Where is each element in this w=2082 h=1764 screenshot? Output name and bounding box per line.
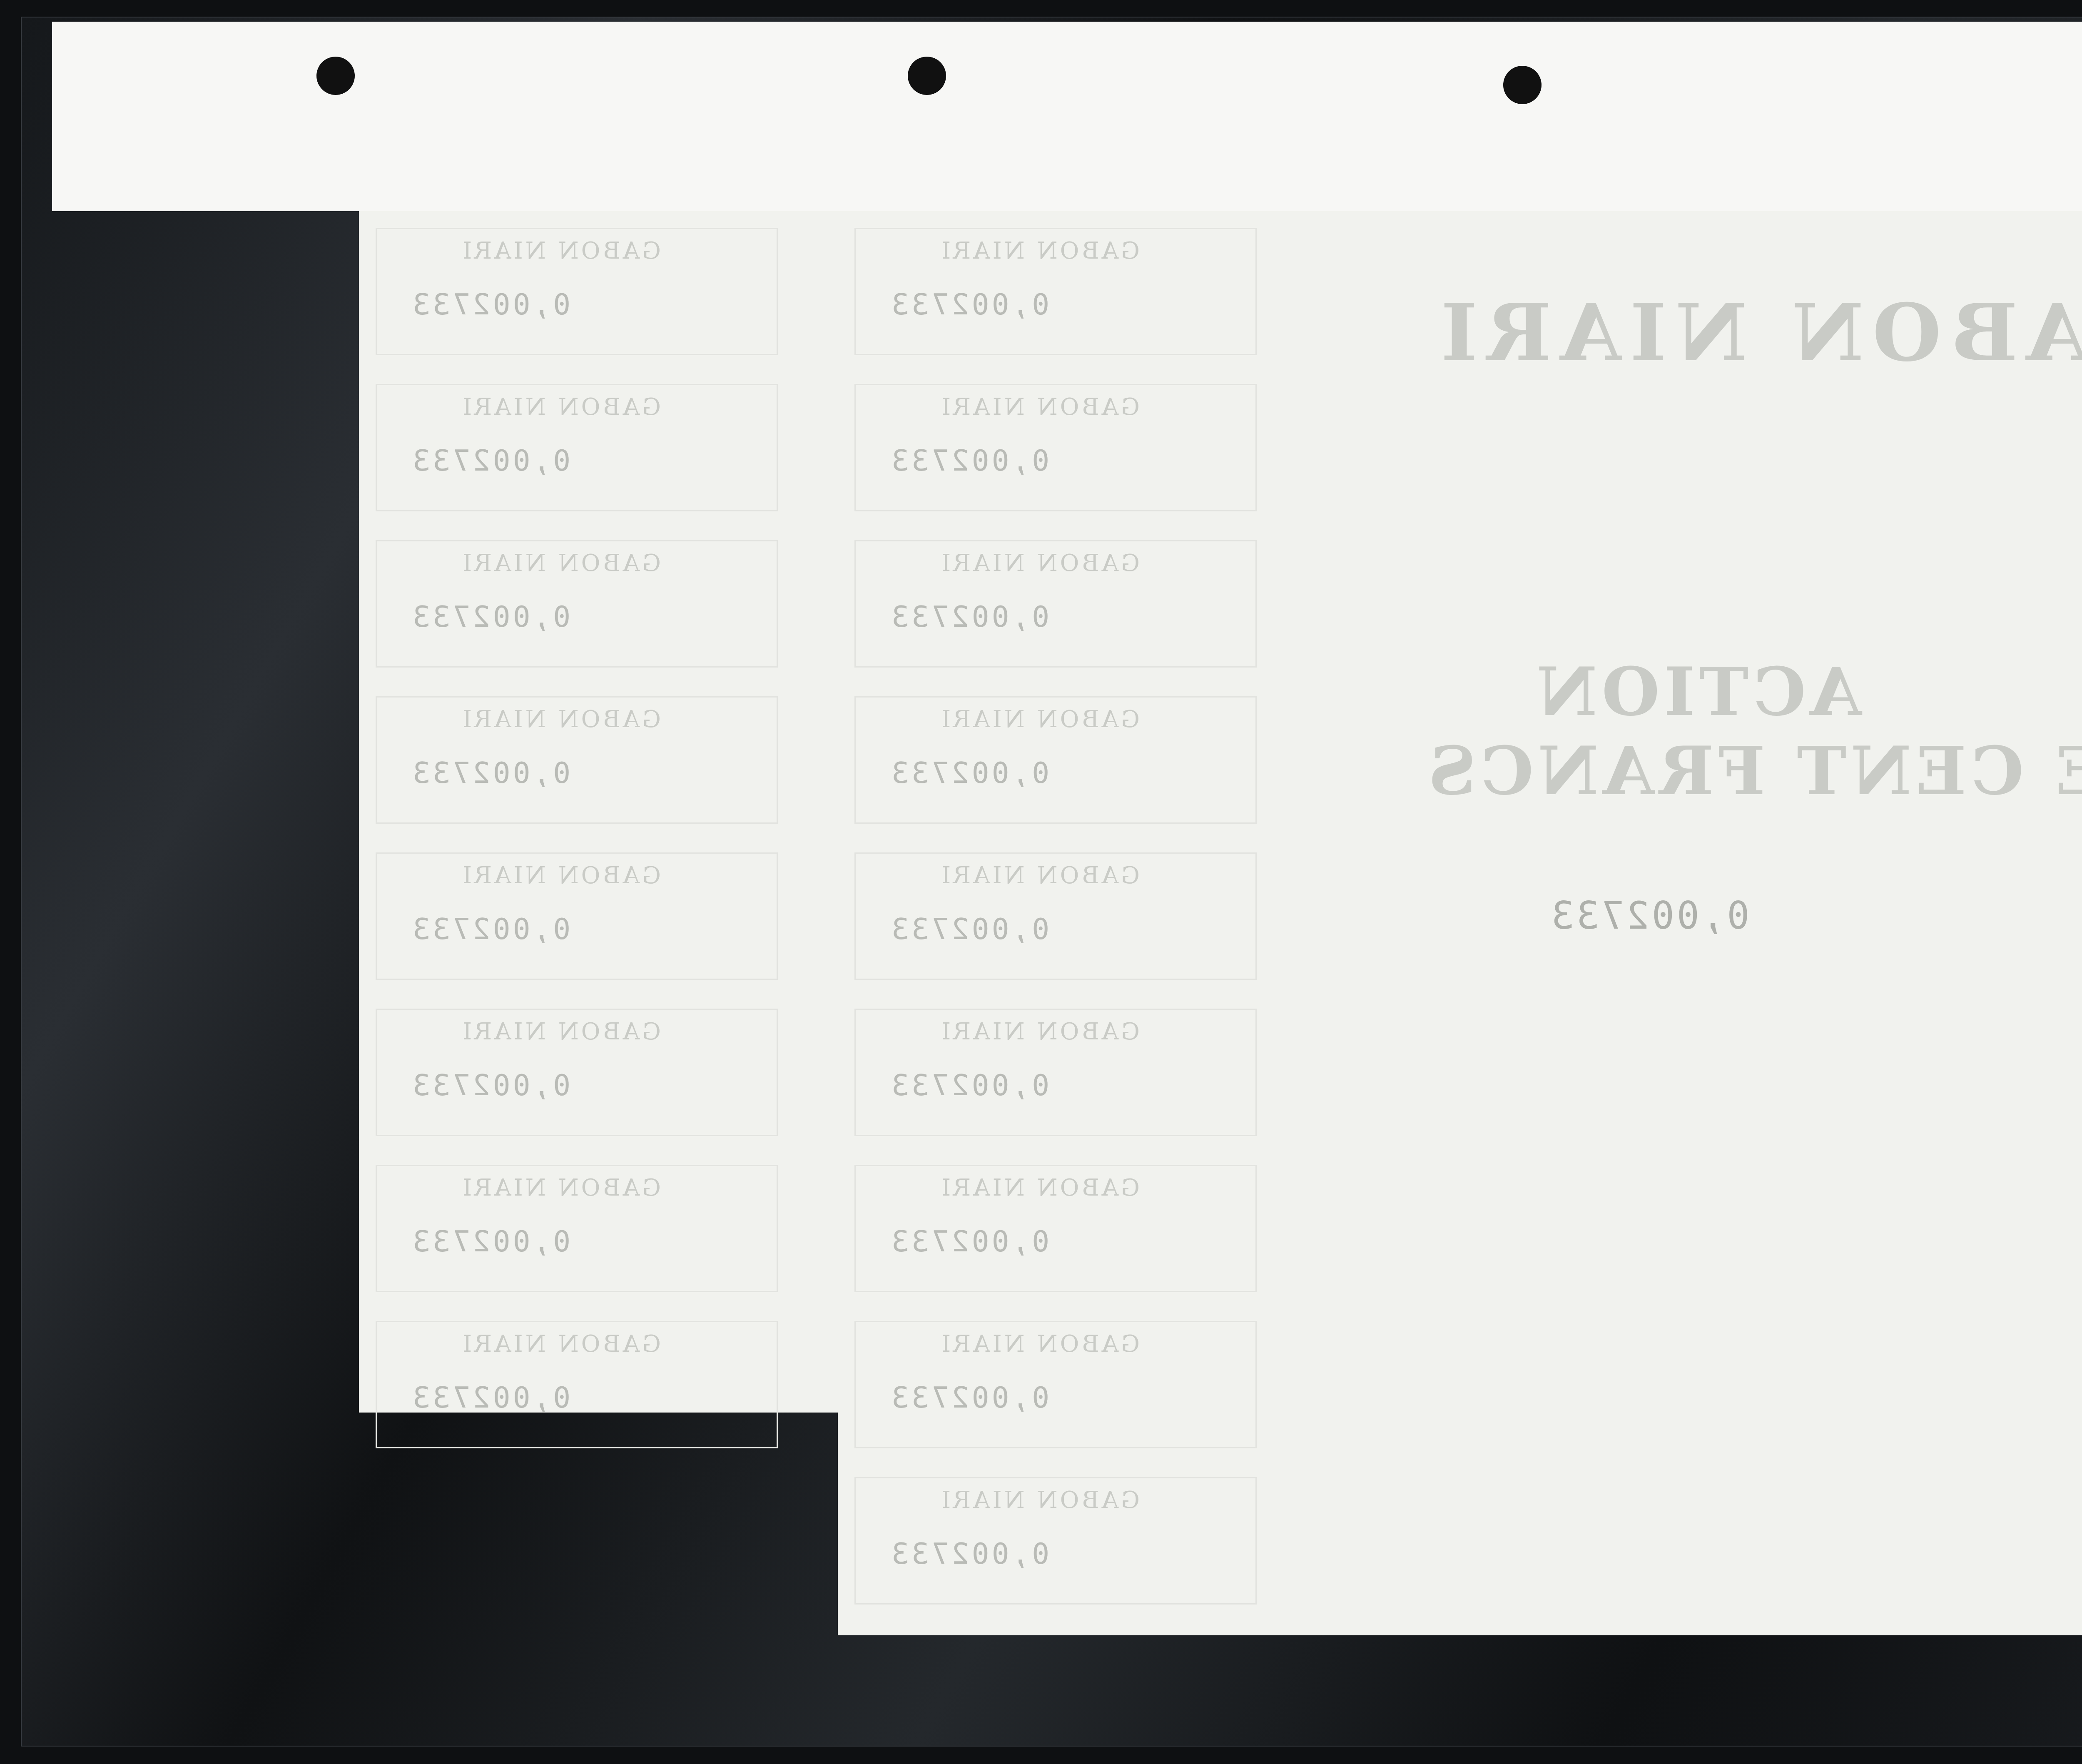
coupon-label: GABON NIARI [460, 394, 661, 421]
coupon-label: GABON NIARI [460, 1330, 661, 1358]
share-subtitle: DE CENT FRANCS [1424, 732, 2082, 810]
coupon-number: 0,002733 [889, 287, 1049, 321]
coupon-label: GABON NIARI [939, 1487, 1140, 1514]
coupon-number: 0,002733 [410, 1224, 570, 1258]
coupon: GABON NIARI0,002733 [376, 228, 778, 355]
coupon-number: 0,002733 [889, 600, 1049, 634]
coupon-number: 0,002733 [889, 1068, 1049, 1102]
coupon-label: GABON NIARI [939, 237, 1140, 264]
coupon: GABON NIARI0,002733 [854, 1009, 1257, 1136]
coupon-sheet-right: GABON NIARI0,002733GABON NIARI0,002733GA… [838, 211, 1267, 1635]
binder-hole [908, 57, 946, 95]
coupon: GABON NIARI0,002733 [854, 1165, 1257, 1292]
coupon-label: GABON NIARI [460, 550, 661, 577]
coupon: GABON NIARI0,002733 [376, 1321, 778, 1448]
coupon: GABON NIARI0,002733 [376, 1165, 778, 1292]
coupon-number: 0,002733 [889, 443, 1049, 478]
coupon: GABON NIARI0,002733 [854, 1321, 1257, 1448]
coupon-label: GABON NIARI [939, 394, 1140, 421]
coupon-number: 0,002733 [889, 1537, 1049, 1571]
coupon-number: 0,002733 [410, 443, 570, 478]
coupon: GABON NIARI0,002733 [854, 228, 1257, 355]
binder-hole [316, 57, 355, 95]
coupon-label: GABON NIARI [939, 706, 1140, 733]
coupon-number: 0,002733 [410, 600, 570, 634]
coupon: GABON NIARI0,002733 [376, 540, 778, 668]
coupon-number: 0,002733 [410, 912, 570, 946]
coupon-number: 0,002733 [889, 1224, 1049, 1258]
coupon-label: GABON NIARI [939, 1018, 1140, 1045]
coupon-label: GABON NIARI [460, 237, 661, 264]
certificate-number: 0,002733 [1549, 894, 1749, 938]
coupon: GABON NIARI0,002733 [376, 696, 778, 824]
coupon-sheet-left: GABON NIARI0,002733GABON NIARI0,002733GA… [359, 211, 838, 1413]
coupon: GABON NIARI0,002733 [376, 1009, 778, 1136]
coupon-number: 0,002733 [410, 1068, 570, 1102]
coupon-number: 0,002733 [889, 1380, 1049, 1415]
coupon-number: 0,002733 [410, 287, 570, 321]
coupon: GABON NIARI0,002733 [376, 384, 778, 511]
binder-hole [1503, 66, 1542, 104]
coupon-number: 0,002733 [889, 756, 1049, 790]
coupon-label: GABON NIARI [460, 706, 661, 733]
coupon-number: 0,002733 [410, 1380, 570, 1415]
coupon: GABON NIARI0,002733 [854, 384, 1257, 511]
coupon: GABON NIARI0,002733 [376, 852, 778, 980]
coupon: GABON NIARI0,002733 [854, 540, 1257, 668]
coupon-label: GABON NIARI [460, 1018, 661, 1045]
issuer-title: GABON NIARI [1432, 286, 2082, 379]
coupon: GABON NIARI0,002733 [854, 1477, 1257, 1605]
coupon: GABON NIARI0,002733 [854, 852, 1257, 980]
coupon-label: GABON NIARI [460, 1174, 661, 1201]
coupon-number: 0,002733 [410, 756, 570, 790]
binder-strip [52, 22, 2082, 211]
share-title: ACTION [1532, 653, 1862, 731]
share-certificate: GABON NIARI ACTION DE CENT FRANCS 0,0027… [1266, 211, 2082, 1635]
coupon: GABON NIARI0,002733 [854, 696, 1257, 824]
coupon-label: GABON NIARI [939, 550, 1140, 577]
coupon-label: GABON NIARI [939, 862, 1140, 889]
coupon-label: GABON NIARI [460, 862, 661, 889]
coupon-number: 0,002733 [889, 912, 1049, 946]
coupon-label: GABON NIARI [939, 1174, 1140, 1201]
coupon-label: GABON NIARI [939, 1330, 1140, 1358]
